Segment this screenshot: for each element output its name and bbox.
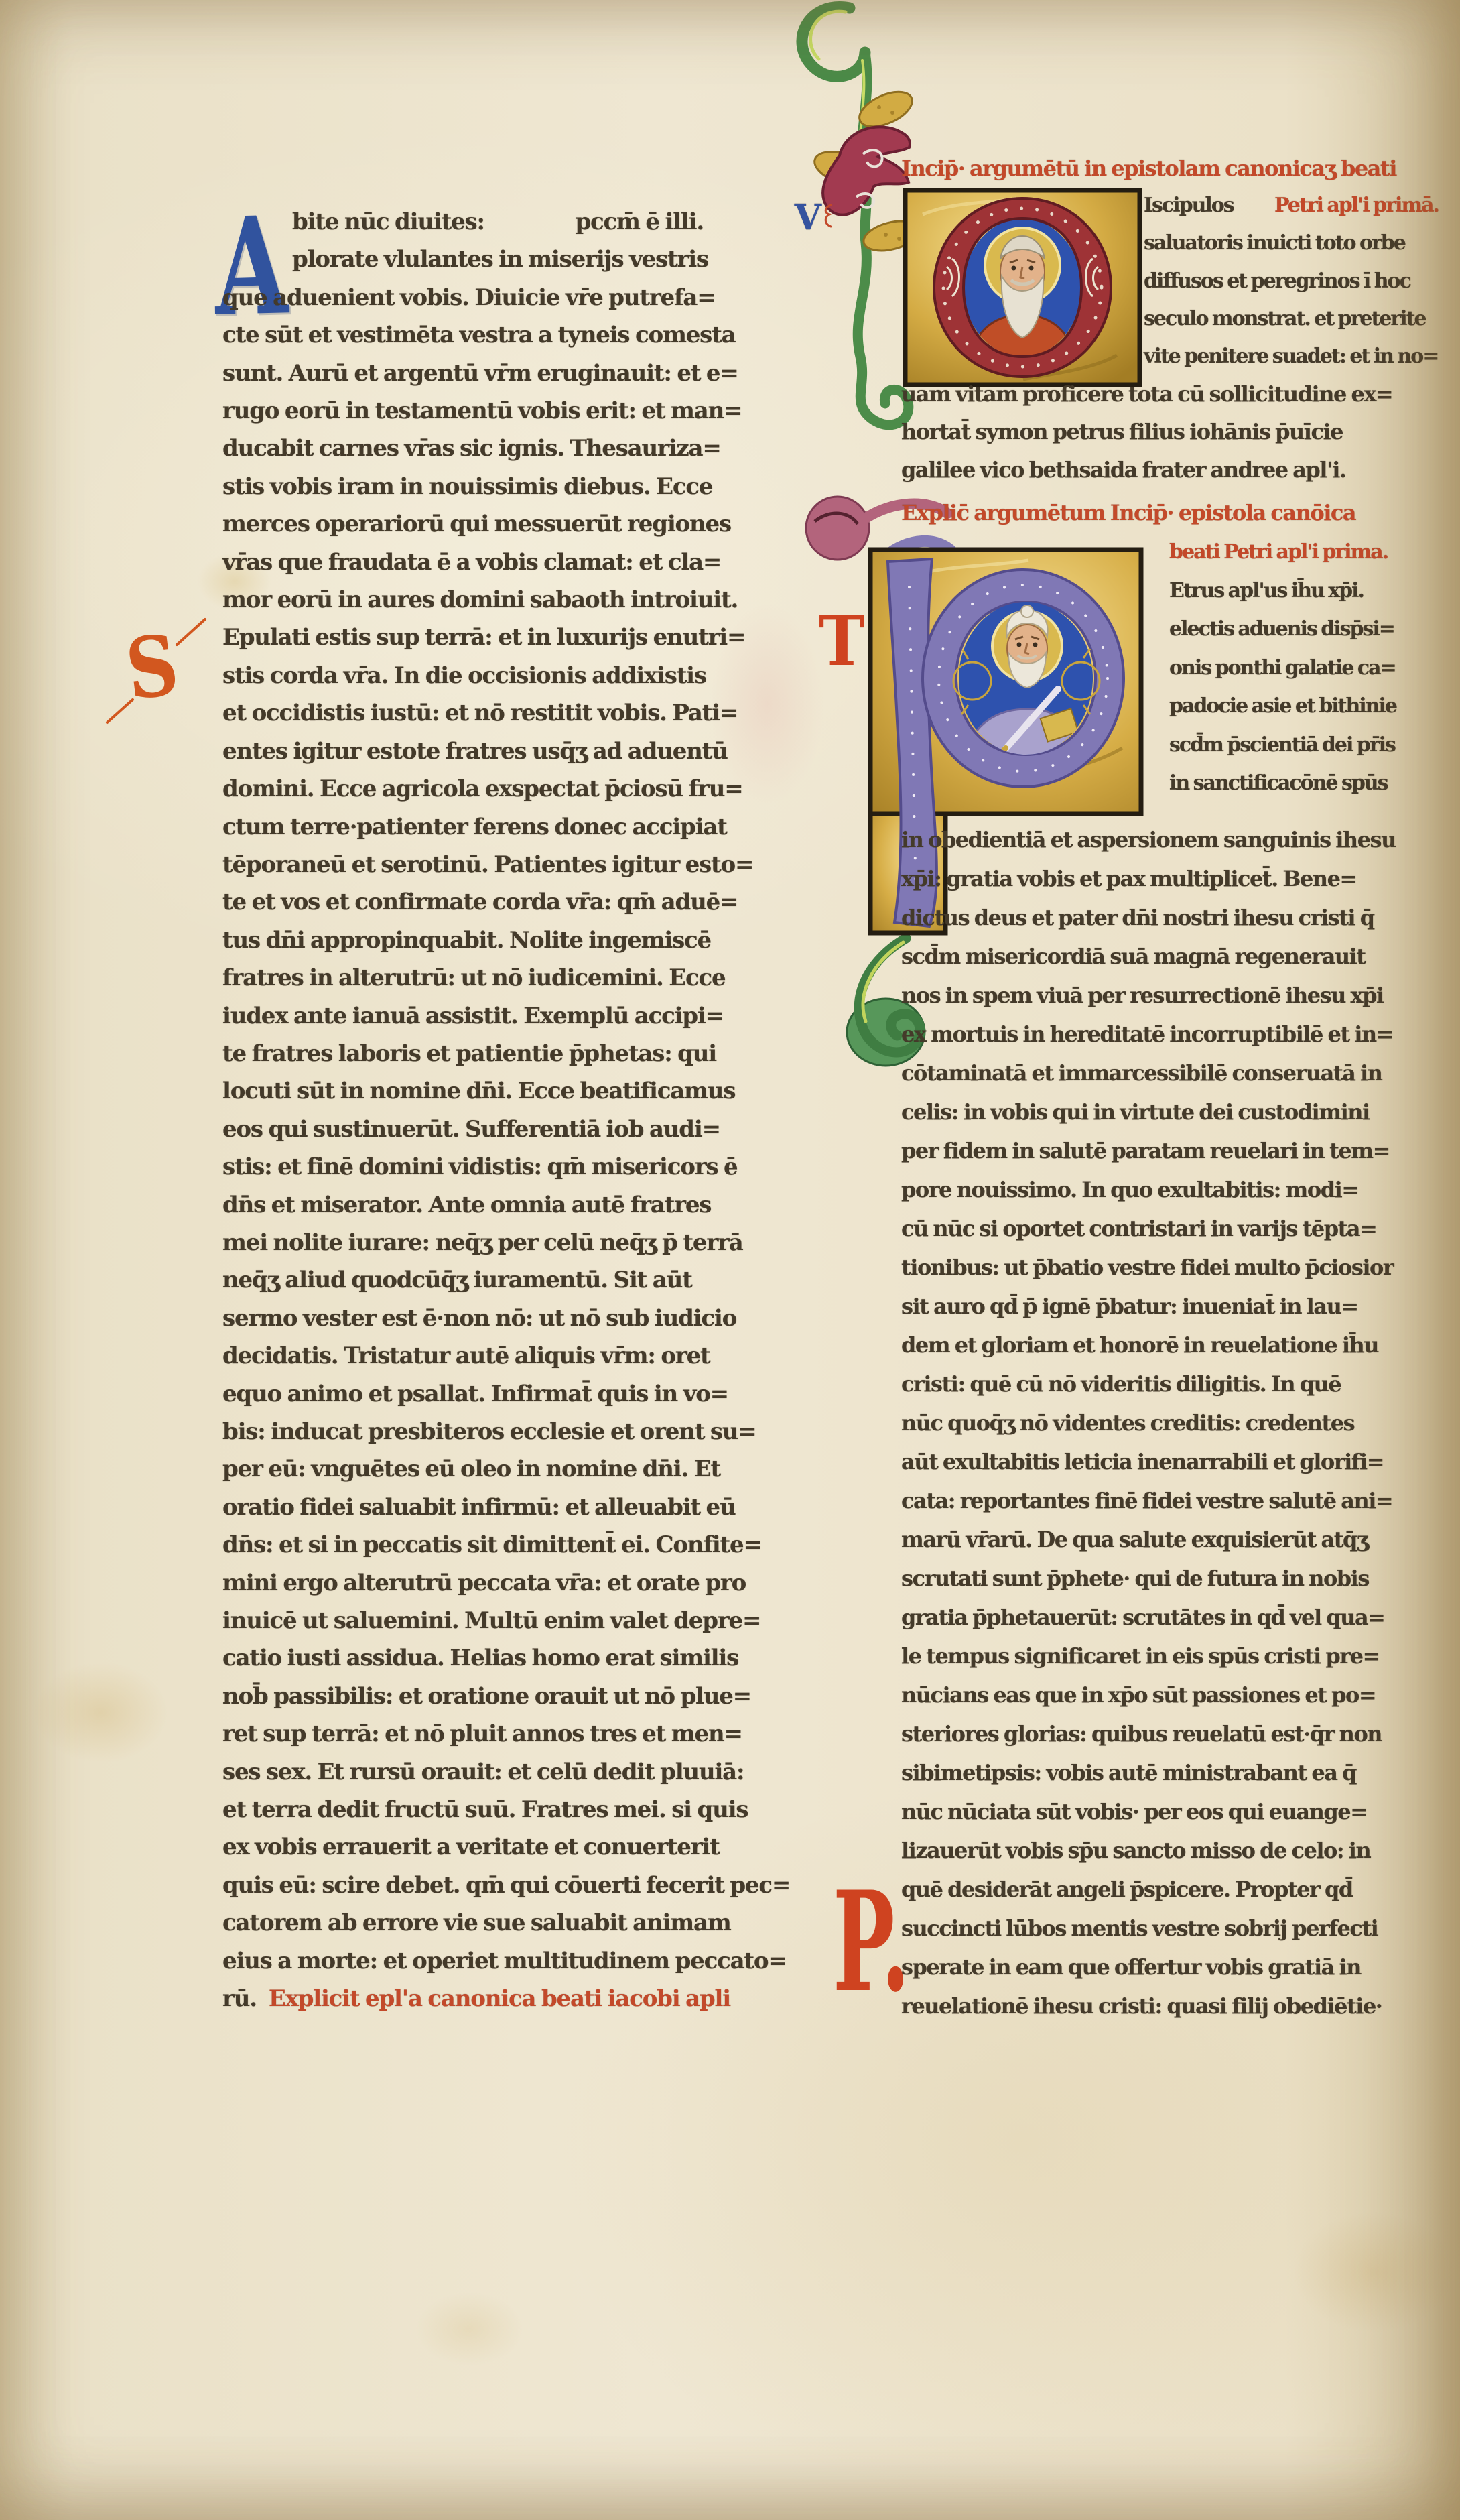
text-line: scd̄m p̄scientiā dei pr̄is xyxy=(1169,726,1439,765)
flower-curl-detail xyxy=(863,150,882,166)
epistle-opening: beati Petri apl'i prima. Etrus apl'us ih… xyxy=(901,533,1439,803)
text-line: rugo eorū in testamentū vobis erit: et m… xyxy=(222,392,834,430)
text-line: decidatis. Tristatur autē aliquis vr̄m: … xyxy=(222,1337,834,1375)
parchment-stain xyxy=(34,1662,168,1763)
text-line: Epulati estis sup terrā: et in luxurijs … xyxy=(222,619,834,656)
text-line: plorate vlulantes in miserijs vestris xyxy=(222,241,834,278)
text-line: que aduenient vobis. Diuicie vr̄e putref… xyxy=(222,279,834,316)
text-line: sunt. Aurū et argentū vr̄m eruginauit: e… xyxy=(222,355,834,392)
text-line: et terra dedit fructū suū. Fratres mei. … xyxy=(222,1791,834,1828)
text-line: sit auro qd̄ p̄ ignē p̄batur: inueniat̄ … xyxy=(901,1287,1439,1326)
text-line: quē desiderāt angeli p̄spicere. Propter … xyxy=(901,1870,1439,1909)
text-line: ses sex. Et rursū orauit: et celū dedit … xyxy=(222,1753,834,1791)
text-line: oratio fidei saluabit infirmū: et alleua… xyxy=(222,1489,834,1526)
text-line: hortat̄ symon petrus filius iohānis p̄uī… xyxy=(901,413,1439,450)
text-line: stis corda vr̄a. In die occisionis addix… xyxy=(222,657,834,694)
text-line: vr̄as que fraudata ē a vobis clamat: et … xyxy=(222,544,834,581)
pen-flourish-icon xyxy=(821,202,834,229)
text-line: mor eorū in aures domini sabaoth introiu… xyxy=(222,581,834,619)
text-line: onis ponthi galatie ca= xyxy=(1169,649,1439,688)
epistle-first-line: Etrus apl'us ih̄u xp̄i. xyxy=(1169,572,1439,611)
margin-letter-s: S xyxy=(122,624,183,712)
rubric-explicit-incipit: Explic̄ argumētum Incip̄· epistola canōi… xyxy=(901,494,1439,531)
parchment-stain xyxy=(415,2292,523,2366)
numeral-glyph: V xyxy=(795,199,821,237)
james-text-start: bite nūc diuites: xyxy=(292,203,484,241)
text-line: succincti lūbos mentis vestre sobrij per… xyxy=(901,1909,1439,1948)
text-line: in sanctificacōnē spūs xyxy=(1169,764,1439,803)
text-line: tionibus: ut p̄batio vestre fidei multo … xyxy=(901,1248,1439,1287)
text-line: ex vobis errauerit a veritate et conuert… xyxy=(222,1828,834,1866)
text-line: padocie asie et bithinie xyxy=(1169,687,1439,726)
text-line: dn̄s et miserator. Ante omnia autē fratr… xyxy=(222,1186,834,1224)
text-line: cata: reportantes finē fidei vestre salu… xyxy=(901,1481,1439,1520)
text-line: marū vr̄arū. De qua salute exquisierūt a… xyxy=(901,1520,1439,1559)
parchment-stain xyxy=(1293,2212,1454,2332)
text-line: stis vobis iram in nouissimis diebus. Ec… xyxy=(222,468,834,505)
text-line: domini. Ecce agricola exspectat p̄ciosū … xyxy=(222,770,834,808)
text-line: saluatoris inuicti toto orbe xyxy=(1144,225,1439,262)
text-line: lizauerūt vobis sp̄u sancto misso de cel… xyxy=(901,1831,1439,1870)
text-line: nūcians eas que in xp̄o sūt passiones et… xyxy=(901,1676,1439,1714)
text-line: ducabit carnes vr̄as sic ignis. Thesauri… xyxy=(222,430,834,467)
chapter-numeral-v: V xyxy=(795,199,834,237)
text-line: bis: inducat presbiteros ecclesie et ore… xyxy=(222,1413,834,1450)
text-line: xp̄i: gratia vobis et pax multiplicet̄. … xyxy=(901,859,1439,898)
text-line: sermo vester est ē·non nō: ut nō sub iud… xyxy=(222,1300,834,1337)
james-last-word: rū. xyxy=(222,1980,257,2017)
text-line: vite penitere suadet: et in no= xyxy=(1144,338,1439,375)
text-line: eos qui sustinuerūt. Sufferentiā iob aud… xyxy=(222,1111,834,1148)
text-line: quis eū: scire debet. qm̄ qui cōuerti fe… xyxy=(222,1867,834,1904)
text-line: inuicē ut saluemini. Multū enim valet de… xyxy=(222,1602,834,1639)
text-line: scd̄m misericordiā suā magnā regenerauit xyxy=(901,937,1439,976)
text-line: nūc nūciata sūt vobis· per eos qui euang… xyxy=(901,1792,1439,1831)
text-line: et occidistis iustū: et nō restitit vobi… xyxy=(222,694,834,732)
text-line: ex mortuis in hereditatē incorruptibilē … xyxy=(901,1015,1439,1054)
crimson-flower xyxy=(823,127,910,214)
text-line: ret sup terrā: et nō pluit annos tres et… xyxy=(222,1715,834,1753)
text-line: merces operariorū qui messuerūt regiones xyxy=(222,505,834,543)
right-column: Incip̄· argumētū in epistolam canonicaʒ … xyxy=(901,149,1439,2025)
text-line: per eū: vnguētes eū oleo in nomine dn̄i.… xyxy=(222,1450,834,1488)
text-line: cristi: quē cū nō videritis diligitis. I… xyxy=(901,1365,1439,1403)
text-line: locuti sūt in nomine dn̄i. Ecce beatific… xyxy=(222,1072,834,1110)
text-line: gratia p̄phetauerūt: scrutātes in qd̄ ve… xyxy=(901,1598,1439,1637)
flower-curl-detail xyxy=(856,194,874,208)
text-line: sperate in eam que offertur vobis gratiā… xyxy=(901,1948,1439,1987)
james-text-end: pccm̄ ē illi. xyxy=(575,203,704,241)
rubric-incipit-continuation: Petri apl'i primā. xyxy=(1274,187,1439,225)
gold-leaf-speckles xyxy=(837,105,901,241)
text-line: cōtaminatā et immarcessibilē conseruatā … xyxy=(901,1054,1439,1092)
text-line: eius a morte: et operiet multitudinem pe… xyxy=(222,1942,834,1980)
argument-short-lines: saluatoris inuicti toto orbediffusos et … xyxy=(901,225,1439,375)
text-line: te fratres laboris et patientie p̄phetas… xyxy=(222,1035,834,1072)
text-line: mei nolite iurare: neq̄ʒ per celū neq̄ʒ … xyxy=(222,1224,834,1261)
text-line: iudex ante ianuā assistit. Exemplū accip… xyxy=(222,997,834,1035)
text-line: te et vos et confirmate corda vr̄a: qm̄ … xyxy=(222,883,834,921)
text-line: nos in spem viuā per resurrectionē ihesu… xyxy=(901,976,1439,1015)
epistle-short-lines: electis aduenis disp̄si=onis ponthi gala… xyxy=(1169,610,1439,803)
text-line: cte sūt et vestimēta vestra a tyneis com… xyxy=(222,316,834,354)
text-line: pore nouissimo. In quo exultabitis: modi… xyxy=(901,1170,1439,1209)
text-line: per fidem in salutē paratam reuelari in … xyxy=(901,1131,1439,1170)
text-line: mini ergo alterutrū peccata vr̄a: et ora… xyxy=(222,1564,834,1602)
text-line: dictus deus et pater dn̄i nostri ihesu c… xyxy=(901,898,1439,937)
text-line: diffusos et peregrinos ī hoc xyxy=(1144,263,1439,300)
text-line: stis: et finē domini vidistis: qm̄ miser… xyxy=(222,1148,834,1186)
text-line: catorem ab errore vie sue saluabit anima… xyxy=(222,1904,834,1942)
text-line: celis: in vobis qui in virtute dei custo… xyxy=(901,1092,1439,1131)
text-line: entes igitur estote fratres usq̄ʒ ad adu… xyxy=(222,733,834,770)
rubric-incipit-argument: Incip̄· argumētū in epistolam canonicaʒ … xyxy=(901,149,1439,187)
text-line: nūc quoq̄ʒ nō videntes creditis: credent… xyxy=(901,1403,1439,1442)
text-line: le tempus significaret in eis spūs crist… xyxy=(901,1637,1439,1676)
text-line: steriores glorias: quibus reuelatū est·q… xyxy=(901,1714,1439,1753)
text-line: tēporaneū et serotinū. Patientes igitur … xyxy=(222,846,834,883)
text-line-first: bite nūc diuites: pccm̄ ē illi. V xyxy=(222,199,834,241)
text-line: catio iusti assidua. Helias homo erat si… xyxy=(222,1639,834,1677)
explicit-rubric-james: Explicit epl'a canonica beati iacobi apl… xyxy=(269,1980,730,2017)
text-line: electis aduenis disp̄si= xyxy=(1169,610,1439,649)
argument-first-words: Iscipulos xyxy=(1144,187,1234,225)
text-line: tus dn̄i appropinquabit. Nolite ingemisc… xyxy=(222,922,834,959)
argument-first-line: Iscipulos Petri apl'i primā. xyxy=(901,187,1439,225)
explicit-line: rū. Explicit epl'a canonica beati iacobi… xyxy=(222,1980,834,2017)
text-line: nob̄ passibilis: et oratione orauit ut n… xyxy=(222,1678,834,1715)
rubric-explicit-line2: beati Petri apl'i prima. xyxy=(1169,533,1439,572)
text-line: ctum terre·patienter ferens donec accipi… xyxy=(222,808,834,846)
james-body-lines: que aduenient vobis. Diuicie vr̄e putref… xyxy=(222,279,834,1980)
epistle-body-lines: in obedientiā et aspersionem sanguinis i… xyxy=(901,820,1439,2025)
left-column: bite nūc diuites: pccm̄ ē illi. V plorat… xyxy=(222,199,834,2018)
text-line: cū nūc si oportet contristari in varijs … xyxy=(901,1209,1439,1248)
text-line: scrutati sunt p̄phete· qui de futura in … xyxy=(901,1559,1439,1598)
argument-lines: uam vitam proficere tota cū sollicitudin… xyxy=(901,375,1439,489)
text-line: aūt exultabitis leticia inenarrabili et … xyxy=(901,1442,1439,1481)
text-line: sibimetipsis: vobis autē ministrabant ea… xyxy=(901,1753,1439,1792)
text-line: in obedientiā et aspersionem sanguinis i… xyxy=(901,820,1439,859)
text-line: equo animo et psallat. Infirmat̄ quis in… xyxy=(222,1375,834,1413)
text-line: neq̄ʒ aliud quodcūq̄ʒ iuramentū. Sit aūt xyxy=(222,1261,834,1299)
text-line: dem et gloriam et honorē in reuelatione … xyxy=(901,1326,1439,1365)
text-line: reuelationē ihesu cristi: quasi filij ob… xyxy=(901,1987,1439,2025)
text-line: uam vitam proficere tota cū sollicitudin… xyxy=(901,375,1439,413)
text-line: galilee vico bethsaida frater andree apl… xyxy=(901,451,1439,489)
manuscript-page: A S T P. bite nūc diuites: pccm̄ ē illi.… xyxy=(0,0,1460,2520)
text-line: seculo monstrat. et preterite xyxy=(1144,300,1439,338)
text-line: fratres in alterutrū: ut nō iudicemini. … xyxy=(222,959,834,997)
text-line: dn̄s: et si in peccatis sit dimittent̄ e… xyxy=(222,1526,834,1564)
gutter-letter-p: P. xyxy=(833,1874,910,2011)
